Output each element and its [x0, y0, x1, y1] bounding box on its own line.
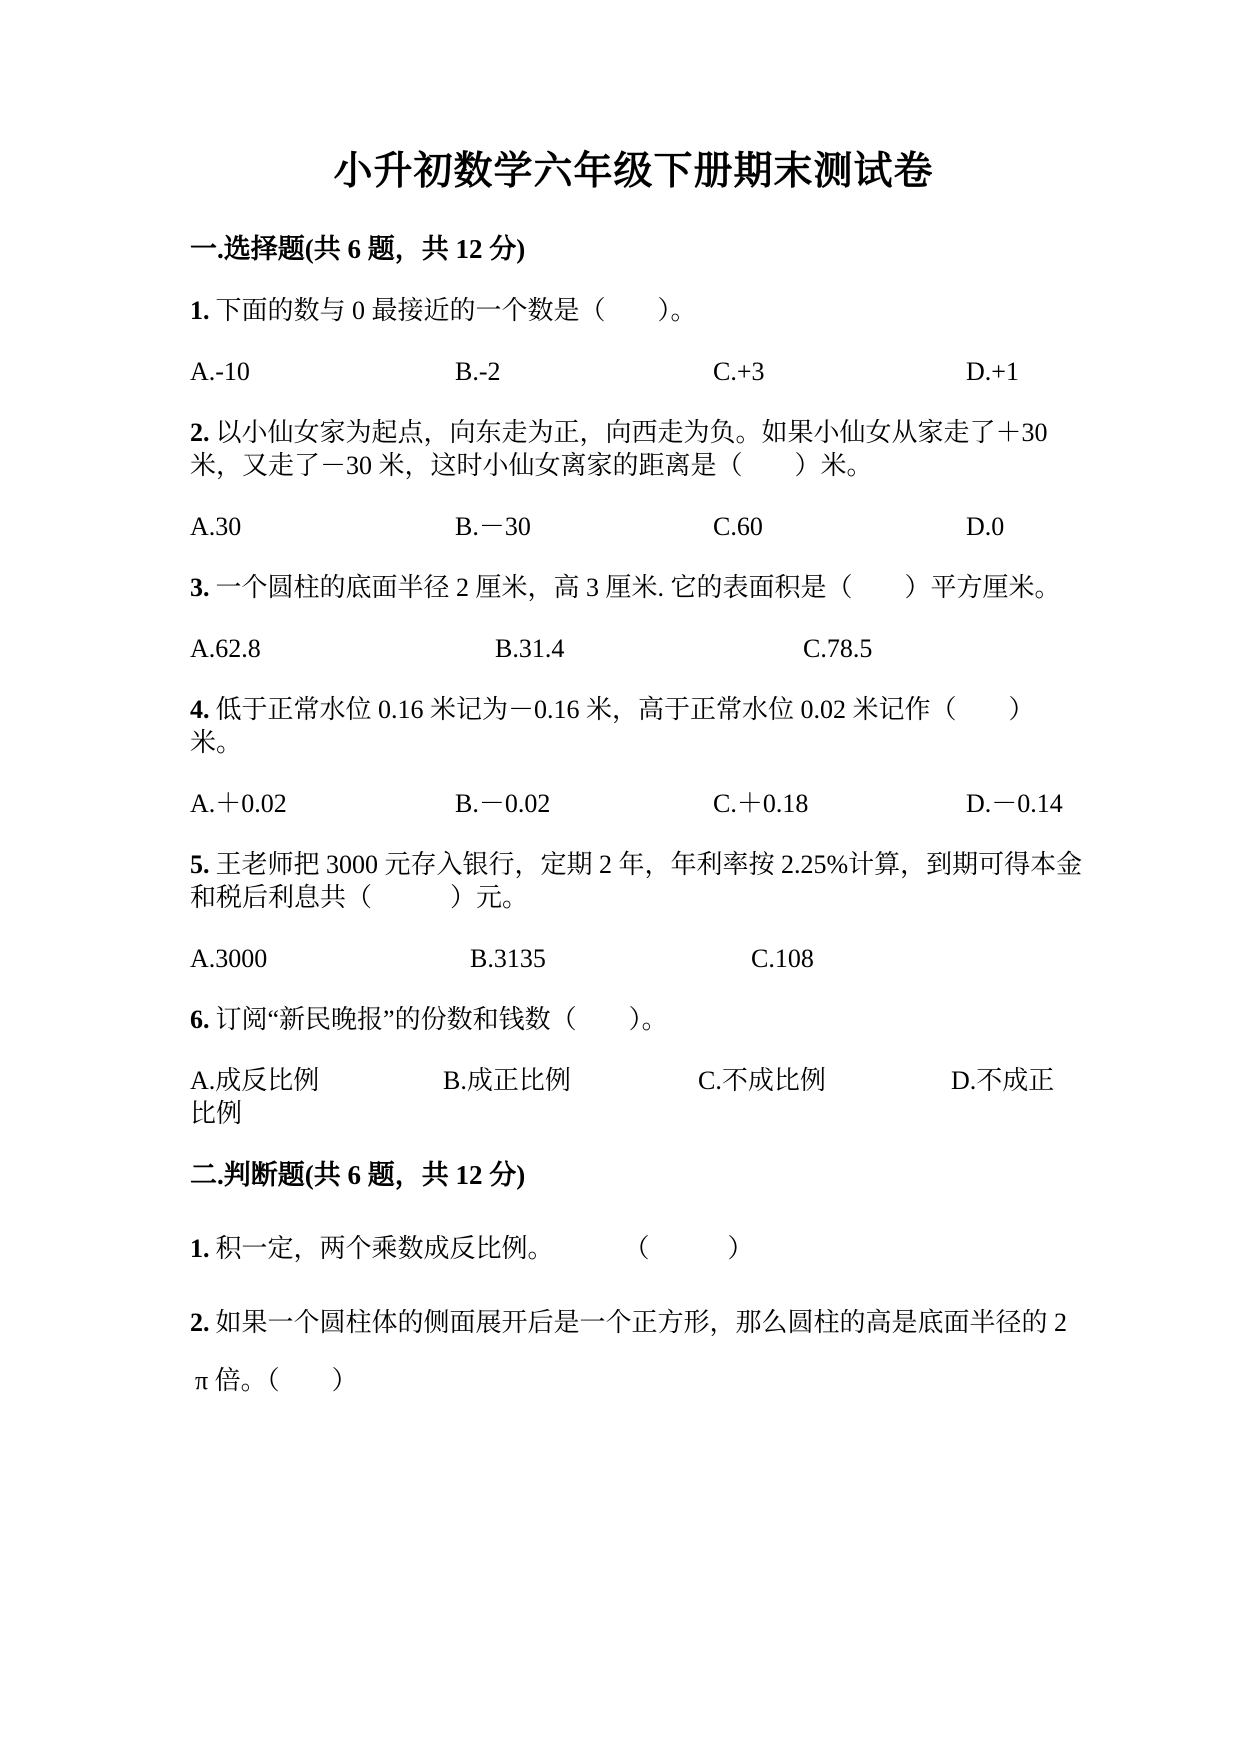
judge-question-1: 1.积一定，两个乘数成反比例。（ ）: [190, 1232, 1077, 1265]
question-text-line: 订阅“新民晚报”的份数和钱数（ ）。: [216, 1005, 668, 1034]
question-text-line: 一个圆柱的底面半径 2 厘米，高 3 厘米. 它的表面积是（ ）平方厘米。: [216, 573, 1061, 602]
question-text-line: 和税后利息共（ ）元。: [190, 881, 1077, 914]
question-text: 1.下面的数与 0 最接近的一个数是（ ）。: [190, 294, 1077, 327]
choice-question-2: 2.以小仙女家为起点，向东走为正，向西走为负。如果小仙女从家走了＋30 米，又走…: [190, 416, 1077, 482]
option-a: A.3000: [190, 942, 470, 975]
question-text-line: 米。: [190, 726, 1077, 759]
choice-question-1: 1.下面的数与 0 最接近的一个数是（ ）。: [190, 294, 1077, 327]
option-a: A.＋0.02: [190, 787, 455, 820]
choice-question-3: 3.一个圆柱的底面半径 2 厘米，高 3 厘米. 它的表面积是（ ）平方厘米。: [190, 571, 1077, 604]
question-text: 3.一个圆柱的底面半径 2 厘米，高 3 厘米. 它的表面积是（ ）平方厘米。: [190, 571, 1077, 604]
question-text-line: 王老师把 3000 元存入银行，定期 2 年，年利率按 2.25%计算，到期可得…: [216, 850, 1083, 879]
choice-question-6-options: A.成反比例 B.成正比例 C.不成比例 D.不成正 比例: [190, 1064, 1077, 1130]
question-number: 1.: [190, 1234, 210, 1263]
question-text: 2.以小仙女家为起点，向东走为正，向西走为负。如果小仙女从家走了＋30: [190, 416, 1077, 449]
option-d: D.－0.14: [966, 787, 1077, 820]
option-a: A.62.8: [190, 632, 495, 665]
test-paper-page: 小升初数学六年级下册期末测试卷 一.选择题(共 6 题，共 12 分) 1.下面…: [0, 0, 1241, 1754]
options-row: A.成反比例 B.成正比例 C.不成比例 D.不成正: [190, 1064, 1077, 1097]
question-number: 5.: [190, 850, 210, 879]
option-b: B.-2: [455, 355, 713, 388]
question-number: 2.: [190, 418, 210, 447]
question-text: 1.积一定，两个乘数成反比例。（ ）: [190, 1232, 1077, 1265]
question-text-line: 以小仙女家为起点，向东走为正，向西走为负。如果小仙女从家走了＋30: [216, 418, 1048, 447]
section-2-heading: 二.判断题(共 6 题，共 12 分): [190, 1158, 1077, 1192]
pi-continuation-line: π 倍。（ ）: [190, 1364, 1077, 1397]
question-text-line: 低于正常水位 0.16 米记为－0.16 米，高于正常水位 0.02 米记作（ …: [216, 695, 1035, 724]
option-d: D.0: [966, 510, 1077, 543]
option-d: D.+1: [966, 355, 1077, 388]
choice-question-4: 4.低于正常水位 0.16 米记为－0.16 米，高于正常水位 0.02 米记作…: [190, 693, 1077, 759]
answer-blank: （ ）: [624, 1232, 754, 1265]
question-text: 6.订阅“新民晚报”的份数和钱数（ ）。: [190, 1003, 1077, 1036]
choice-question-6: 6.订阅“新民晚报”的份数和钱数（ ）。: [190, 1003, 1077, 1036]
question-text-line: 如果一个圆柱体的侧面展开后是一个正方形，那么圆柱的高是底面半径的 2: [216, 1308, 1068, 1337]
question-text: 4.低于正常水位 0.16 米记为－0.16 米，高于正常水位 0.02 米记作…: [190, 693, 1077, 726]
choice-question-4-options: A.＋0.02 B.－0.02 C.＋0.18 D.－0.14: [190, 787, 1077, 820]
question-text: 2.如果一个圆柱体的侧面展开后是一个正方形，那么圆柱的高是底面半径的 2: [190, 1306, 1077, 1339]
option-a: A.30: [190, 510, 455, 543]
question-text-line: 积一定，两个乘数成反比例。: [216, 1234, 554, 1263]
option-c: C.＋0.18: [713, 787, 966, 820]
question-number: 3.: [190, 573, 210, 602]
option-b: B.成正比例: [443, 1064, 698, 1097]
option-b: B.3135: [470, 942, 751, 975]
judge-question-2: 2.如果一个圆柱体的侧面展开后是一个正方形，那么圆柱的高是底面半径的 2 π 倍…: [190, 1306, 1077, 1397]
option-c: C.不成比例: [698, 1064, 951, 1097]
option-c: C.78.5: [803, 632, 1077, 665]
option-b: B.31.4: [495, 632, 803, 665]
choice-question-5: 5.王老师把 3000 元存入银行，定期 2 年，年利率按 2.25%计算，到期…: [190, 848, 1077, 914]
option-a: A.-10: [190, 355, 455, 388]
option-d: D.不成正: [951, 1064, 1077, 1097]
option-b: B.－0.02: [455, 787, 713, 820]
option-a: A.成反比例: [190, 1064, 443, 1097]
question-number: 4.: [190, 695, 210, 724]
section-1-heading: 一.选择题(共 6 题，共 12 分): [190, 232, 1077, 266]
question-text: 5.王老师把 3000 元存入银行，定期 2 年，年利率按 2.25%计算，到期…: [190, 848, 1077, 881]
question-text-line: 下面的数与 0 最接近的一个数是（ ）。: [216, 296, 697, 325]
option-c: C.+3: [713, 355, 966, 388]
option-c: C.108: [751, 942, 1077, 975]
choice-question-1-options: A.-10 B.-2 C.+3 D.+1: [190, 355, 1077, 388]
question-number: 1.: [190, 296, 210, 325]
question-text-line: 米，又走了－30 米，这时小仙女离家的距离是（ ）米。: [190, 449, 1077, 482]
choice-question-5-options: A.3000 B.3135 C.108: [190, 942, 1077, 975]
page-title: 小升初数学六年级下册期末测试卷: [190, 150, 1077, 194]
choice-question-3-options: A.62.8 B.31.4 C.78.5: [190, 632, 1077, 665]
choice-question-2-options: A.30 B.－30 C.60 D.0: [190, 510, 1077, 543]
question-number: 6.: [190, 1005, 210, 1034]
question-number: 2.: [190, 1308, 210, 1337]
option-d-overflow: 比例: [190, 1097, 1077, 1130]
option-b: B.－30: [455, 510, 713, 543]
option-c: C.60: [713, 510, 966, 543]
